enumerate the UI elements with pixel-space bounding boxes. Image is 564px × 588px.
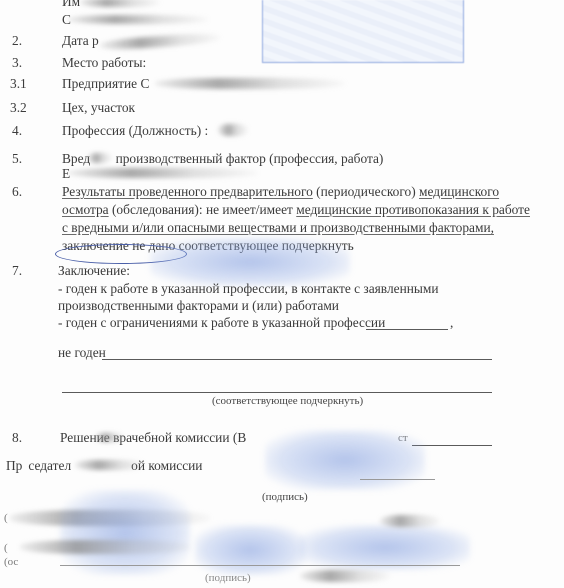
results-text-underlined: осмотра xyxy=(62,202,109,217)
signature-caption-member: (подпись) xyxy=(205,572,251,584)
results-text-underlined: с вредными и/или опасными веществами и п… xyxy=(62,220,494,235)
results-text-underlined: Результаты проведенного предварительного xyxy=(62,184,313,199)
birthdate-label: Дата р xyxy=(62,33,99,49)
results-line-2: осмотра (обследования): не имеет/имеет м… xyxy=(62,202,530,218)
results-text-underlined: медицинские противопоказания к работе xyxy=(296,202,530,217)
redacted-word xyxy=(95,433,125,442)
redacted-enterprise xyxy=(155,78,345,89)
profession-label: Профессия (Должность) : xyxy=(62,123,208,139)
bottom-left-text-2: ( xyxy=(4,542,8,554)
workplace-label: Место работы: xyxy=(62,55,146,71)
results-text-underlined: медицинского xyxy=(419,184,499,199)
redacted-name xyxy=(80,0,160,7)
enterprise-label: Предприятие С xyxy=(62,76,149,92)
results-text: (обследования): не имеет/имеет xyxy=(109,202,297,217)
redacted-member-2 xyxy=(20,540,190,554)
redacted-profession xyxy=(218,124,248,136)
conclusion-option-fit-1: - годен к работе в указанной профессии, … xyxy=(58,281,439,297)
item-number-3-1: 3.1 xyxy=(10,76,27,92)
bottom-left-text-1: ( xyxy=(4,512,8,524)
conclusion-option-restricted: - годен с ограничениями к работе в указа… xyxy=(58,315,385,331)
chairman-signature-line xyxy=(360,479,435,480)
redacted-stamp xyxy=(262,0,464,63)
conclusion-option-unfit: не годен xyxy=(58,345,106,361)
redacted-signature-blot xyxy=(60,490,190,575)
name-line: Им xyxy=(62,0,80,10)
redacted-signature-blot xyxy=(300,525,470,570)
results-text: (периодического) xyxy=(313,184,419,199)
item-number-6: 6. xyxy=(12,184,22,200)
redacted-signature-blot xyxy=(265,430,425,490)
underline-note: (соответствующее подчеркнуть) xyxy=(212,395,363,407)
unfit-blank-line xyxy=(102,359,492,360)
restricted-blank-line xyxy=(366,329,448,330)
redacted-hazard-word xyxy=(88,153,112,163)
member-signature-line xyxy=(60,565,460,566)
conclusion-title: Заключение: xyxy=(58,263,130,279)
restricted-comma: , xyxy=(450,315,453,331)
redacted-birthdate xyxy=(100,32,220,51)
results-line-3: с вредными и/или опасными веществами и п… xyxy=(62,220,494,236)
chairman-label-mid: седател xyxy=(28,458,71,473)
redacted-member-4 xyxy=(380,515,440,527)
results-line-1: Результаты проведенного предварительного… xyxy=(62,184,499,200)
workshop-label: Цех, участок xyxy=(62,100,135,116)
item-number-4: 4. xyxy=(12,123,22,139)
bottom-left-text-3: (ос xyxy=(4,556,18,568)
restricted-text: - годен с ограничениями к работе в указа… xyxy=(58,315,385,330)
item-number-7: 7. xyxy=(12,263,22,279)
redacted-member-3 xyxy=(300,570,390,582)
redacted-signature-blot xyxy=(195,525,305,575)
redacted-patronymic xyxy=(68,15,208,24)
signature-caption-chairman: (подпись) xyxy=(262,491,308,503)
hazard-label-end: производственный фактор (профессия, рабо… xyxy=(112,151,383,166)
conclusion-option-fit-2: производственными факторами и (или) рабо… xyxy=(58,298,339,314)
hazard-label-start: Вред xyxy=(62,151,90,166)
commission-decision-label: Решение врачебной комиссии (В xyxy=(60,430,246,446)
redacted-chairman xyxy=(75,460,145,470)
name-label: Им xyxy=(62,0,80,9)
chairman-label-start: Пр xyxy=(6,458,22,473)
conclusion-blank-line xyxy=(62,392,492,393)
redacted-hazard-value xyxy=(68,168,258,178)
redacted-ink-blot xyxy=(150,238,350,286)
item-number-2: 2. xyxy=(12,33,22,49)
item-number-3: 3. xyxy=(12,55,22,71)
item-number-5: 5. xyxy=(12,151,22,167)
item-number-3-2: 3.2 xyxy=(10,100,27,116)
item-number-8: 8. xyxy=(12,430,22,446)
